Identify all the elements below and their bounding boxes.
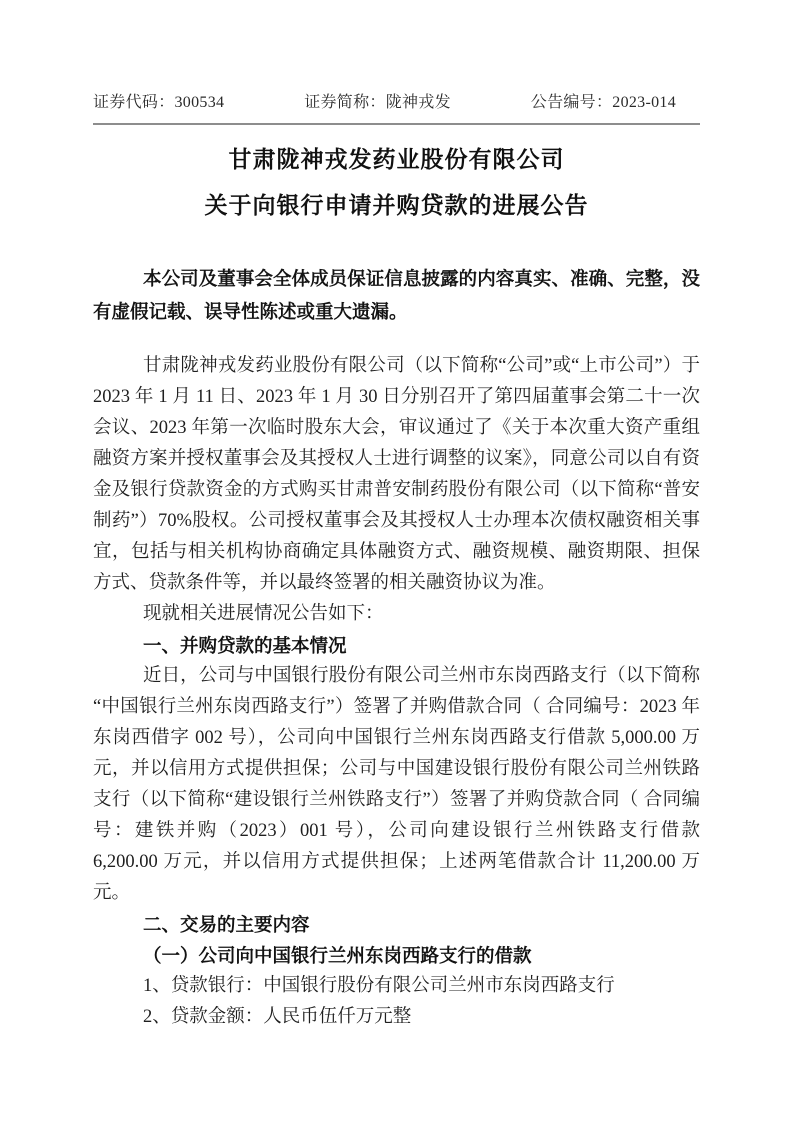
announcement-number-label: 公告编号：2023-014 [531,93,676,113]
overview-paragraph: 甘肃陇神戎发药业股份有限公司（以下简称“公司”或“上市公司”）于 2023 年 … [93,351,700,599]
loan-amount-item: 2、贷款金额：人民币伍仟万元整 [93,1002,700,1033]
header-divider [93,123,700,125]
document-body: 甘肃陇神戎发药业股份有限公司（以下简称“公司”或“上市公司”）于 2023 年 … [93,351,700,1033]
stock-code-label: 证券代码：300534 [93,93,224,113]
disclaimer-paragraph: 本公司及董事会全体成员保证信息披露的内容真实、准确、完整，没有虚假记载、误导性陈… [93,262,700,328]
document-page: 证券代码：300534 证券简称：陇神戎发 公告编号：2023-014 甘肃陇神… [0,0,793,1122]
section2-sub1-heading: （一）公司向中国银行兰州东岗西路支行的借款 [93,940,700,971]
stock-name-label: 证券简称：陇神戎发 [304,93,451,113]
document-header: 证券代码：300534 证券简称：陇神戎发 公告编号：2023-014 [93,93,700,113]
loan-bank-item: 1、贷款银行：中国银行股份有限公司兰州市东岗西路支行 [93,971,700,1002]
progress-intro-paragraph: 现就相关进展情况公告如下： [93,599,700,630]
document-content: 证券代码：300534 证券简称：陇神戎发 公告编号：2023-014 甘肃陇神… [93,0,700,1033]
section1-paragraph: 近日，公司与中国银行股份有限公司兰州市东岗西路支行（以下简称“中国银行兰州东岗西… [93,661,700,909]
section2-heading: 二、交易的主要内容 [93,909,700,940]
section1-heading: 一、并购贷款的基本情况 [93,630,700,661]
announcement-title: 关于向银行申请并购贷款的进展公告 [93,192,700,219]
company-title: 甘肃陇神戎发药业股份有限公司 [93,146,700,173]
